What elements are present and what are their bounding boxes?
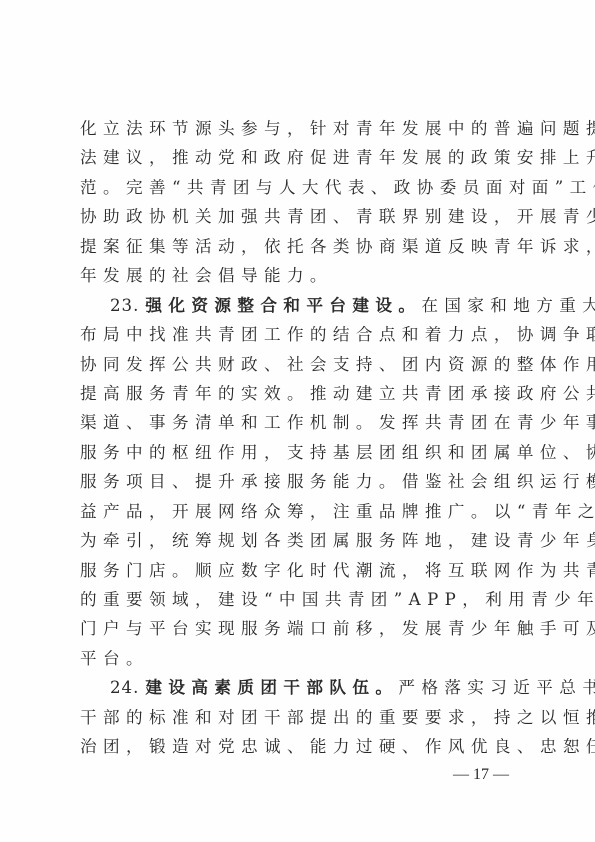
text-line: 门户与平台实现服务端口前移，发展青少年触手可及的网上服务 bbox=[80, 614, 520, 643]
text-run: 在国家和地方重大发展规划 bbox=[421, 296, 595, 315]
text-line: 为牵引，统筹规划各类团属服务阵地，建设青少年身边的实体化 bbox=[80, 526, 520, 555]
text-line: 益产品，开展网络众筹，注重品牌推广。以“青年之家”建设 bbox=[80, 497, 520, 526]
text-line: 治团，锻造对党忠诚、能力过硬、作风优良、忠恕任事、堪当榜 bbox=[80, 732, 520, 761]
text-line: 的重要领域，建设“中国共青团”APP，利用青少年聚集的网络 bbox=[80, 585, 520, 614]
item-number: 24. bbox=[110, 678, 139, 697]
paragraph-first-line: 23.强化资源整合和平台建设。在国家和地方重大发展规划 bbox=[80, 291, 520, 320]
text-line: 协同发挥公共财政、社会支持、团内资源的整体作用，最大限度 bbox=[80, 350, 520, 379]
paragraph-23: 23.强化资源整合和平台建设。在国家和地方重大发展规划 布局中找准共青团工作的结… bbox=[80, 291, 520, 674]
text-line: 布局中找准共青团工作的结合点和着力点，协调争取社会资源， bbox=[80, 320, 520, 349]
text-line: 渠道、事务清单和工作机制。发挥共青团在青少年事务政府购买 bbox=[80, 408, 520, 437]
item-heading: 强化资源整合和平台建设。 bbox=[145, 296, 421, 315]
item-number: 23. bbox=[110, 296, 139, 315]
text-line: 提高服务青年的实效。推动建立共青团承接政府公共服务的有效 bbox=[80, 379, 520, 408]
text-line: 干部的标准和对团干部提出的重要要求，持之以恒推进全面从严 bbox=[80, 703, 520, 732]
text-line: 平台。 bbox=[80, 644, 520, 673]
text-line: 服务项目、提升承接服务能力。借鉴社会组织运行模式，打造公 bbox=[80, 467, 520, 496]
text-line: 服务门店。顺应数字化时代潮流，将互联网作为共青团服务青年 bbox=[80, 556, 520, 585]
text-line: 服务中的枢纽作用，支持基层团组织和团属单位、协会开发专业 bbox=[80, 438, 520, 467]
paragraph-22-continuation: 化立法环节源头参与，针对青年发展中的普遍问题提出立法或修 法建议，推动党和政府促… bbox=[80, 114, 520, 291]
text-run: 严格落实习近平总书记关于好 bbox=[398, 678, 595, 697]
page-number: — 17 — bbox=[451, 766, 511, 784]
text-line: 化立法环节源头参与，针对青年发展中的普遍问题提出立法或修 bbox=[80, 114, 520, 143]
text-line: 年发展的社会倡导能力。 bbox=[80, 261, 520, 290]
body-text: 化立法环节源头参与，针对青年发展中的普遍问题提出立法或修 法建议，推动党和政府促… bbox=[80, 114, 520, 762]
text-line: 协助政协机关加强共青团、青联界别建设，开展青少年模拟政协 bbox=[80, 202, 520, 231]
paragraph-first-line: 24.建设高素质团干部队伍。严格落实习近平总书记关于好 bbox=[80, 673, 520, 702]
text-line: 提案征集等活动，依托各类协商渠道反映青年诉求，提高促进青 bbox=[80, 232, 520, 261]
paragraph-24: 24.建设高素质团干部队伍。严格落实习近平总书记关于好 干部的标准和对团干部提出… bbox=[80, 673, 520, 761]
item-heading: 建设高素质团干部队伍。 bbox=[145, 678, 398, 697]
text-line: 范。完善“共青团与人大代表、政协委员面对面”工作机制， bbox=[80, 173, 520, 202]
document-page: 化立法环节源头参与，针对青年发展中的普遍问题提出立法或修 法建议，推动党和政府促… bbox=[0, 0, 595, 842]
text-line: 法建议，推动党和政府促进青年发展的政策安排上升为法律规 bbox=[80, 143, 520, 172]
